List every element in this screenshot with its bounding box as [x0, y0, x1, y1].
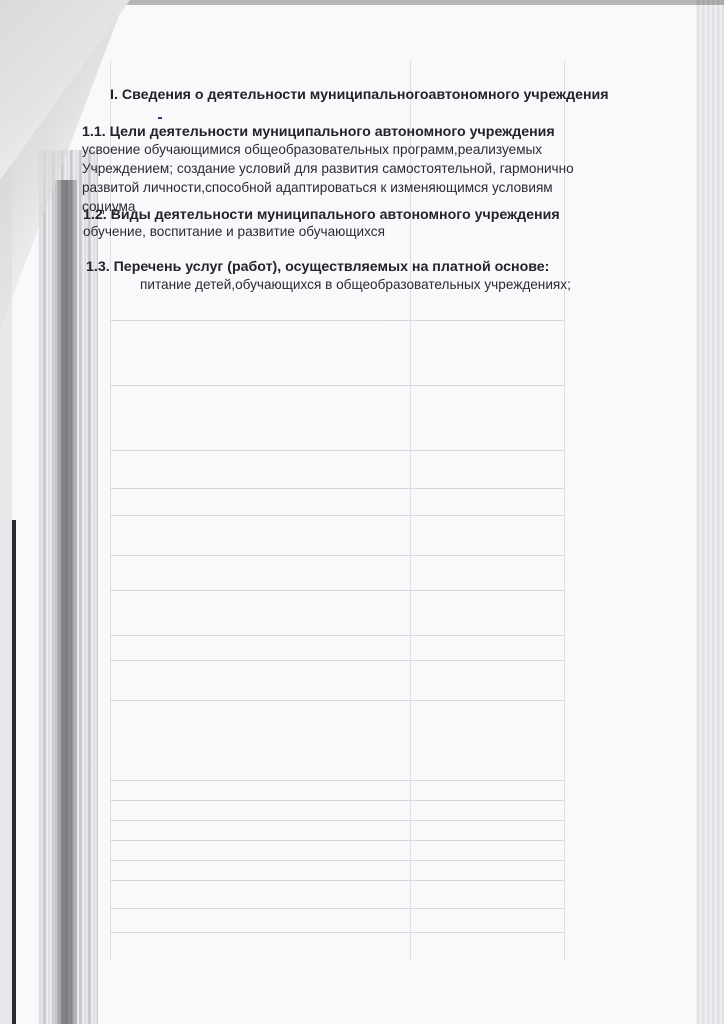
- section-1-1: 1.1. Цели деятельности муниципального ав…: [82, 124, 602, 216]
- section-1-1-heading: 1.1. Цели деятельности муниципального ав…: [82, 124, 602, 140]
- section-1-2-heading: 1.2. Виды деятельности муниципального ав…: [83, 207, 603, 223]
- section-1-1-line: Учреждением; создание условий для развит…: [82, 160, 602, 178]
- scan-streak-right: [696, 0, 724, 1024]
- scanner-edge-bar: [12, 520, 16, 1024]
- section-1-2: 1.2. Виды деятельности муниципального ав…: [83, 207, 603, 241]
- section-1-3-line: питание детей,обучающихся в общеобразова…: [86, 276, 646, 294]
- section-1-2-line: обучение, воспитание и развитие обучающи…: [83, 223, 603, 241]
- section-1-3-heading: 1.3. Перечень услуг (работ), осуществляе…: [86, 259, 646, 275]
- section-1-3: 1.3. Перечень услуг (работ), осуществляе…: [86, 259, 646, 294]
- section-1-1-line: развитой личности,способной адаптировать…: [82, 179, 602, 197]
- section-title: I. Сведения о деятельности муниципальног…: [110, 87, 609, 103]
- scan-streak-left-dark: [55, 180, 77, 1024]
- section-1-1-line: усвоение обучающимися общеобразовательны…: [82, 141, 602, 159]
- ink-mark: [158, 117, 162, 119]
